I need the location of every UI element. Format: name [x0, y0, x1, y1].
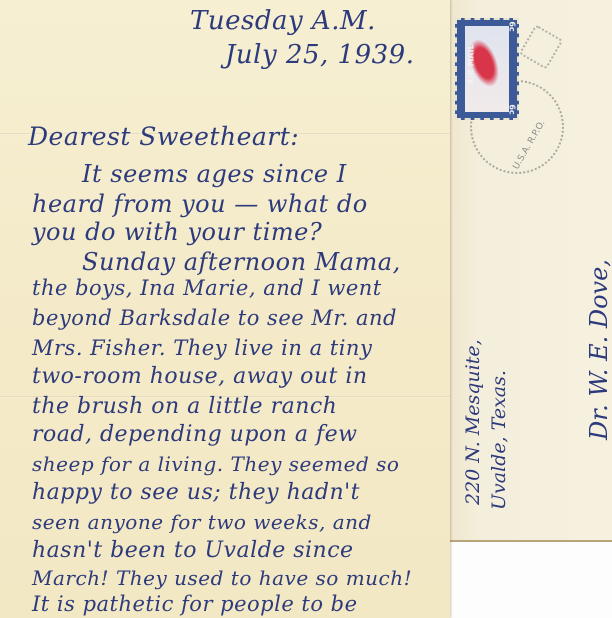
letter-line: It seems ages since I [82, 160, 347, 188]
letter-line: you do with your time? [32, 218, 322, 246]
letter-line: heard from you — what do [32, 190, 368, 218]
letter-line: beyond Barksdale to see Mr. and [32, 306, 397, 330]
letter-line: hasn't been to Uvalde since [32, 538, 354, 563]
letter-heading-day: Tuesday A.M. [190, 6, 376, 36]
letter-heading-date: July 25, 1939. [225, 40, 414, 70]
letter-line: happy to see us; they hadn't [32, 480, 360, 505]
letter-line: road, depending upon a few [32, 422, 357, 447]
letter-line: two-room house, away out in [32, 364, 368, 389]
letter-line: Mrs. Fisher. They live in a tiny [32, 336, 372, 360]
airmail-stamp: AIR MAIL 6c 6c [455, 18, 519, 120]
address-recipient: Dr. W. E. Dove, [585, 259, 612, 440]
stamp-airmail-label: AIR MAIL [467, 44, 476, 84]
letter-line: It is pathetic for people to be [32, 592, 358, 616]
letter-line: Sunday afternoon Mama, [82, 248, 401, 276]
letter-salutation: Dearest Sweetheart: [28, 122, 299, 151]
letter-page: Tuesday A.M. July 25, 1939. Dearest Swee… [0, 0, 450, 618]
stamp-value-top: 6c [507, 21, 516, 31]
letter-line: sheep for a living. They seemed so [32, 452, 399, 476]
address-city: Uvalde, Texas. [488, 370, 510, 510]
letter-line: March! They used to have so much! [32, 566, 412, 590]
letter-line: the brush on a little ranch [32, 394, 337, 419]
postmark-text: U.S.A. R.P.O. [511, 119, 547, 172]
letter-line: seen anyone for two weeks, and [32, 510, 372, 534]
stamp-value-bottom: 6c [507, 104, 516, 114]
letter-line: the boys, Ina Marie, and I went [32, 276, 382, 300]
address-street: 220 N. Mesquite, [462, 339, 484, 505]
